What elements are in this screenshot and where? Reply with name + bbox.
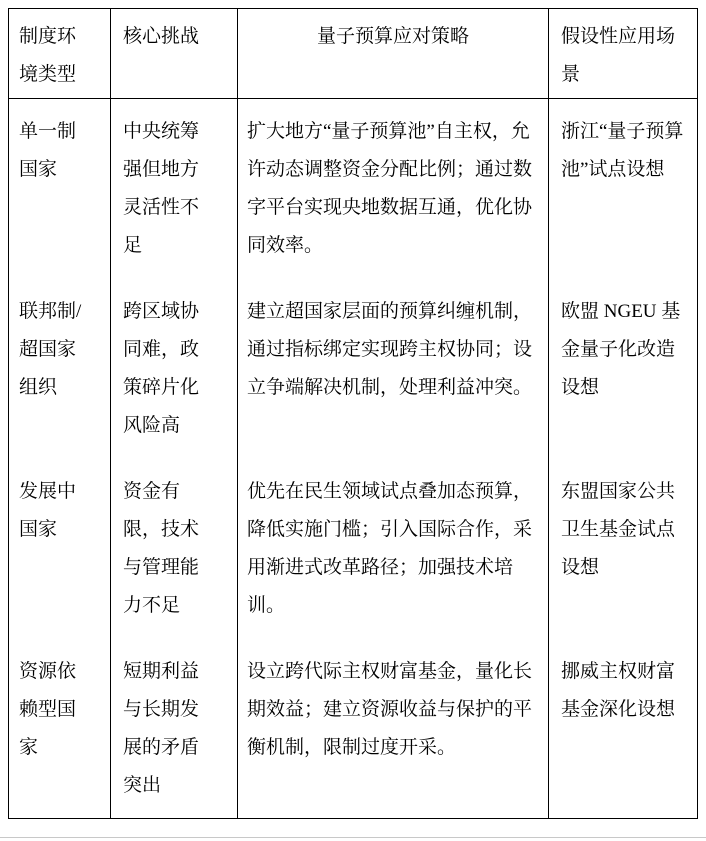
cell-scenario: 东盟国家公共卫生基金试点设想 [549,459,698,639]
cell-strategy: 设立跨代际主权财富基金，量化长期效益；建立资源收益与保护的平衡机制，限制过度开采… [238,639,549,819]
cell-scenario: 浙江“量子预算池”试点设想 [549,99,698,279]
header-core-challenge: 核心挑战 [111,9,238,99]
table-row-developing-country: 发展中国家 资金有限，技术与管理能力不足 优先在民生领域试点叠加态预算，降低实施… [9,459,698,639]
cell-scenario: 欧盟 NGEU 基金量子化改造设想 [549,279,698,459]
cell-institution-type: 资源依赖型国家 [9,639,111,819]
cell-core-challenge: 跨区域协同难，政策碎片化风险高 [111,279,238,459]
table-header-row: 制度环境类型 核心挑战 量子预算应对策略 假设性应用场景 [9,9,698,99]
cell-institution-type: 联邦制/超国家组织 [9,279,111,459]
cell-institution-type: 发展中国家 [9,459,111,639]
header-institution-type: 制度环境类型 [9,9,111,99]
cell-scenario: 挪威主权财富基金深化设想 [549,639,698,819]
cell-core-challenge: 资金有限，技术与管理能力不足 [111,459,238,639]
table-row-unitary-state: 单一制国家 中央统筹强但地方灵活性不足 扩大地方“量子预算池”自主权，允许动态调… [9,99,698,279]
header-scenario: 假设性应用场景 [549,9,698,99]
quantum-budget-strategy-table: 制度环境类型 核心挑战 量子预算应对策略 假设性应用场景 单一制国家 中央统筹强… [8,8,698,819]
table-row-federal-supranational: 联邦制/超国家组织 跨区域协同难，政策碎片化风险高 建立超国家层面的预算纠缠机制… [9,279,698,459]
cell-strategy: 优先在民生领域试点叠加态预算，降低实施门槛；引入国际合作，采用渐进式改革路径；加… [238,459,549,639]
cell-strategy: 扩大地方“量子预算池”自主权，允许动态调整资金分配比例；通过数字平台实现央地数据… [238,99,549,279]
header-strategy: 量子预算应对策略 [238,9,549,99]
cell-strategy: 建立超国家层面的预算纠缠机制，通过指标绑定实现跨主权协同；设立争端解决机制，处理… [238,279,549,459]
cell-core-challenge: 短期利益与长期发展的矛盾突出 [111,639,238,819]
page-edge-divider [0,837,706,838]
cell-core-challenge: 中央统筹强但地方灵活性不足 [111,99,238,279]
table-row-resource-dependent: 资源依赖型国家 短期利益与长期发展的矛盾突出 设立跨代际主权财富基金，量化长期效… [9,639,698,819]
cell-institution-type: 单一制国家 [9,99,111,279]
